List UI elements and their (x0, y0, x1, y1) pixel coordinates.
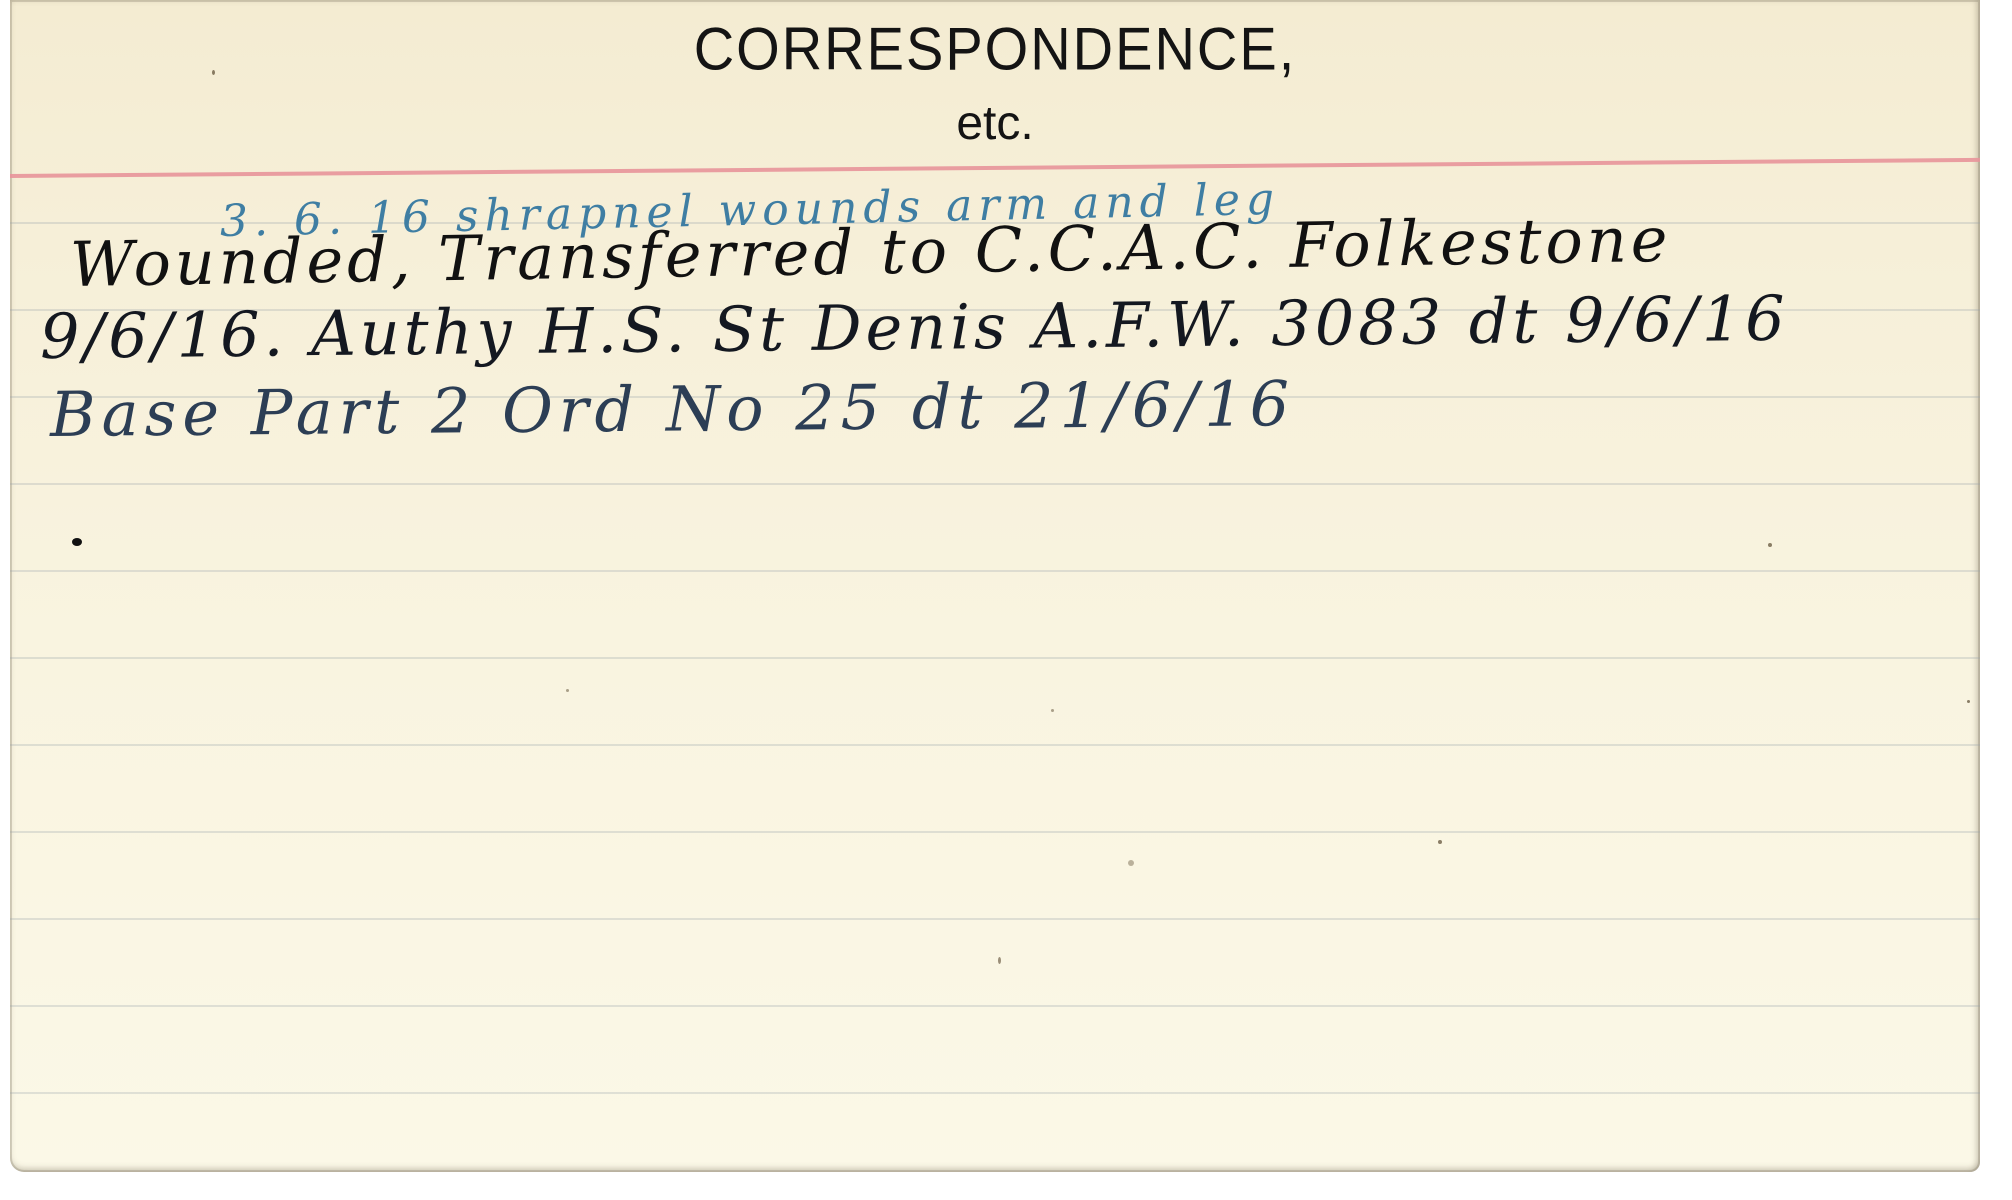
paper-speck (1128, 860, 1134, 866)
ruled-line (10, 918, 1980, 920)
paper-speck (1967, 700, 1970, 703)
ruled-line (10, 570, 1980, 572)
card-subheading: etc. (10, 96, 1980, 151)
paper-speck (1438, 840, 1442, 844)
ruled-line (10, 831, 1980, 833)
ruled-line (10, 744, 1980, 746)
red-header-rule (10, 158, 1980, 178)
paper-speck (1051, 709, 1054, 712)
handwritten-entry-line-3: Base Part 2 Ord No 25 dt 21/6/16 (50, 367, 1296, 451)
paper-speck (212, 70, 215, 75)
ruled-line (10, 657, 1980, 659)
card-heading: CORRESPONDENCE, (10, 13, 1980, 83)
paper-speck (998, 957, 1001, 964)
ruled-line (10, 1092, 1980, 1094)
ink-blot (72, 538, 82, 546)
paper-speck (566, 689, 569, 692)
record-card: CORRESPONDENCE, etc. 3. 6. 16 shrapnel w… (10, 0, 1980, 1172)
paper-speck (1768, 543, 1772, 547)
ruled-line (10, 483, 1980, 485)
ruled-line (10, 1005, 1980, 1007)
